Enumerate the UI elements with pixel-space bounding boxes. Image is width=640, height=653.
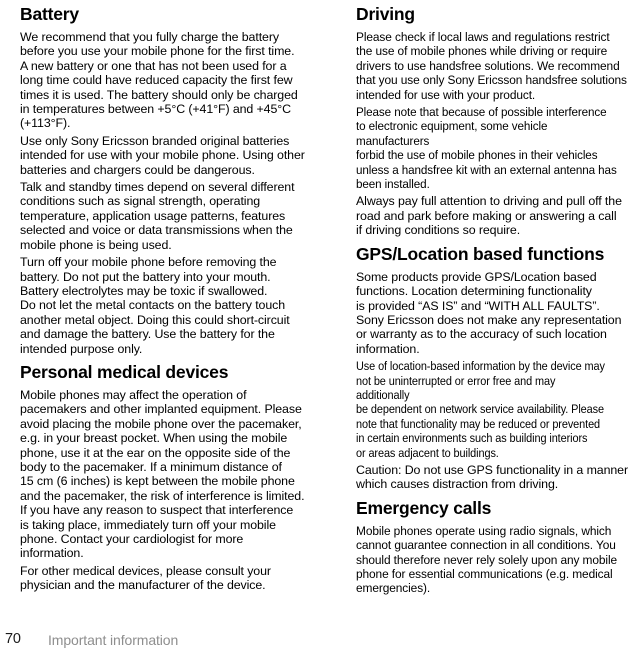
right-column: Driving Please check if local laws and r… <box>356 4 640 599</box>
section-heading-emergency-calls: Emergency calls <box>356 498 640 518</box>
paragraph: Please note that because of possible int… <box>356 105 623 191</box>
left-column: Battery We recommend that you fully char… <box>20 4 320 596</box>
section-heading-battery: Battery <box>20 4 320 24</box>
paragraph: Use only Sony Ericsson branded original … <box>20 134 320 177</box>
paragraph: Always pay full attention to driving and… <box>356 194 640 237</box>
paragraph: Turn off your mobile phone before removi… <box>20 255 320 356</box>
paragraph: Some products provide GPS/Location based… <box>356 270 640 356</box>
page-footer: 70 Important information <box>0 631 640 653</box>
page-number: 70 <box>5 631 21 647</box>
paragraph: For other medical devices, please consul… <box>20 564 320 593</box>
paragraph: Use of location-based information by the… <box>356 359 606 460</box>
paragraph: Mobile phones operate using radio signal… <box>356 524 629 596</box>
section-heading-personal-medical-devices: Personal medical devices <box>20 362 320 382</box>
paragraph: Mobile phones may affect the operation o… <box>20 388 320 561</box>
section-heading-gps-location: GPS/Location based functions <box>356 244 640 264</box>
chapter-title: Important information <box>48 632 178 648</box>
paragraph: Caution: Do not use GPS functionality in… <box>356 463 640 492</box>
manual-page: Battery We recommend that you fully char… <box>0 0 640 653</box>
paragraph: Talk and standby times depend on several… <box>20 180 320 252</box>
paragraph: We recommend that you fully charge the b… <box>20 30 320 131</box>
paragraph: Please check if local laws and regulatio… <box>356 30 629 102</box>
section-heading-driving: Driving <box>356 4 640 24</box>
